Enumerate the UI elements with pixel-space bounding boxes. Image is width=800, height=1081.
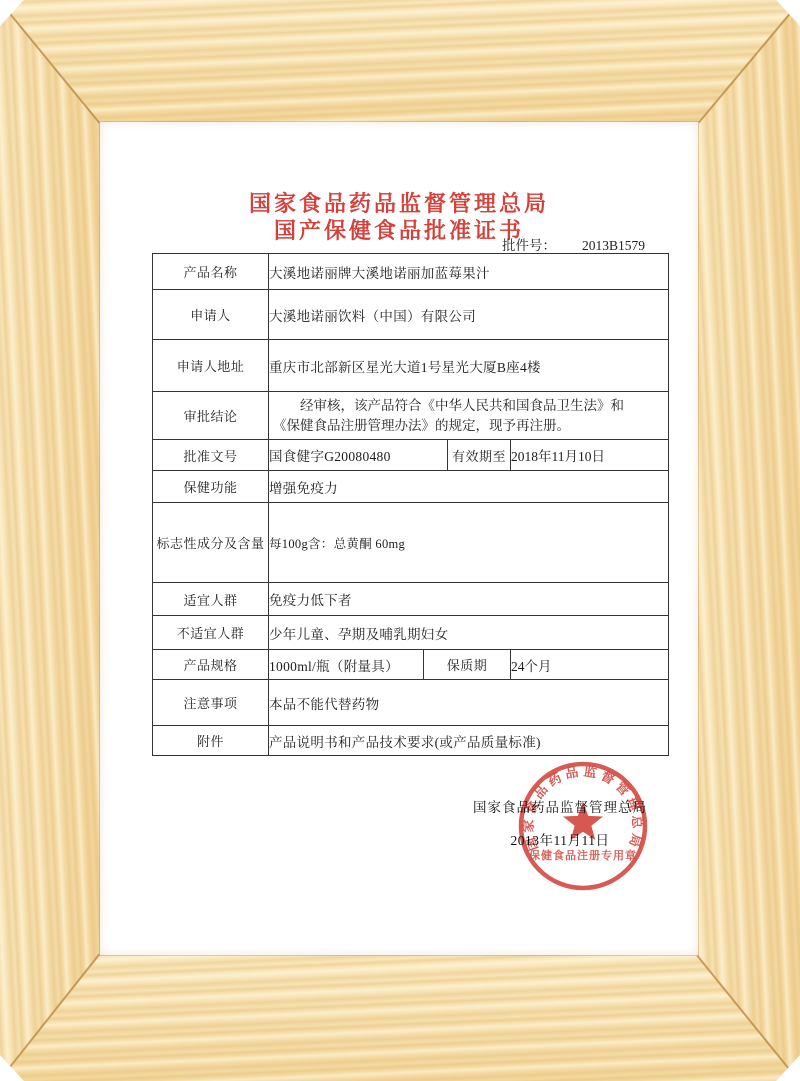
row-applicant-address: 申请人地址 重庆市北部新区星光大道1号星光大厦B座4楼 [153, 340, 669, 392]
row-unsuitable-group: 不适宜人群 少年儿童、孕期及哺乳期妇女 [153, 616, 669, 650]
approval-number-value: 2013B1579 [582, 238, 645, 253]
seal-star-icon [563, 802, 603, 840]
row-approval-conclusion: 审批结论 经审核，该产品符合《中华人民共和国食品卫生法》和 《保健食品注册管理办… [153, 392, 669, 440]
frame-left-rail [0, 0, 100, 1081]
row-label: 审批结论 [153, 392, 269, 440]
row-value: 免疫力低下者 [269, 583, 669, 616]
row-label: 注意事项 [153, 680, 269, 726]
frame-bottom-rail [0, 955, 800, 1081]
row-suitable-group: 适宜人群 免疫力低下者 [153, 583, 669, 616]
conclusion-line-1: 经审核，该产品符合《中华人民共和国食品卫生法》和 [273, 396, 662, 416]
official-seal: 国家食品药品监督管理总局 保健食品注册专用章 [508, 751, 658, 901]
row-value: 经审核，该产品符合《中华人民共和国食品卫生法》和 《保健食品注册管理办法》的规定… [269, 392, 669, 440]
row-value-shelf-life: 24个月 [511, 650, 669, 680]
row-value: 国食健字G20080480 [269, 440, 448, 471]
row-value: 少年儿童、孕期及哺乳期妇女 [269, 616, 669, 650]
row-precautions: 注意事项 本品不能代替药物 [153, 680, 669, 726]
row-label-valid-until: 有效期至 [448, 440, 511, 471]
approval-number-row: 批件号：2013B1579 [502, 234, 645, 254]
frame-right-rail [698, 0, 800, 1081]
row-label: 适宜人群 [153, 583, 269, 616]
row-label: 批准文号 [153, 440, 269, 471]
row-product-spec: 产品规格 1000ml/瓶（附量具） 保质期 24个月 [153, 650, 669, 680]
certificate-table: 产品名称 大溪地诺丽牌大溪地诺丽加蓝莓果汁 申请人 大溪地诺丽饮料（中国）有限公… [152, 253, 669, 756]
row-label: 申请人地址 [153, 340, 269, 392]
approval-number-label: 批件号： [502, 238, 556, 253]
row-label: 产品规格 [153, 650, 269, 680]
title-line-1: 国家食品药品监督管理总局 [100, 190, 698, 217]
row-value: 本品不能代替药物 [269, 680, 669, 726]
row-label: 附件 [153, 726, 269, 756]
row-approval-number: 批准文号 国食健字G20080480 有效期至 2018年11月10日 [153, 440, 669, 471]
row-value: 每100g含：总黄酮 60mg [269, 503, 669, 583]
framed-certificate: 国家食品药品监督管理总局 国产保健食品批准证书 批件号：2013B1579 产品… [0, 0, 800, 1081]
row-value: 大溪地诺丽饮料（中国）有限公司 [269, 290, 669, 340]
row-label: 申请人 [153, 290, 269, 340]
conclusion-line-2: 《保健食品注册管理办法》的规定，现予再注册。 [273, 416, 662, 436]
row-product-name: 产品名称 大溪地诺丽牌大溪地诺丽加蓝莓果汁 [153, 254, 669, 290]
row-applicant: 申请人 大溪地诺丽饮料（中国）有限公司 [153, 290, 669, 340]
row-label: 不适宜人群 [153, 616, 269, 650]
row-value: 1000ml/瓶（附量具） [269, 650, 424, 680]
row-label: 标志性成分及含量 [153, 503, 269, 583]
row-health-function: 保健功能 增强免疫力 [153, 471, 669, 503]
certificate-paper: 国家食品药品监督管理总局 国产保健食品批准证书 批件号：2013B1579 产品… [100, 122, 698, 955]
row-value: 增强免疫力 [269, 471, 669, 503]
row-marker-ingredients: 标志性成分及含量 每100g含：总黄酮 60mg [153, 503, 669, 583]
row-label-shelf-life: 保质期 [424, 650, 511, 680]
row-value: 大溪地诺丽牌大溪地诺丽加蓝莓果汁 [269, 254, 669, 290]
row-label: 保健功能 [153, 471, 269, 503]
seal-bottom-text: 保健食品注册专用章 [529, 848, 637, 862]
row-value-valid-until: 2018年11月10日 [511, 440, 669, 471]
row-value: 重庆市北部新区星光大道1号星光大厦B座4楼 [269, 340, 669, 392]
frame-top-rail [0, 0, 800, 122]
row-label: 产品名称 [153, 254, 269, 290]
